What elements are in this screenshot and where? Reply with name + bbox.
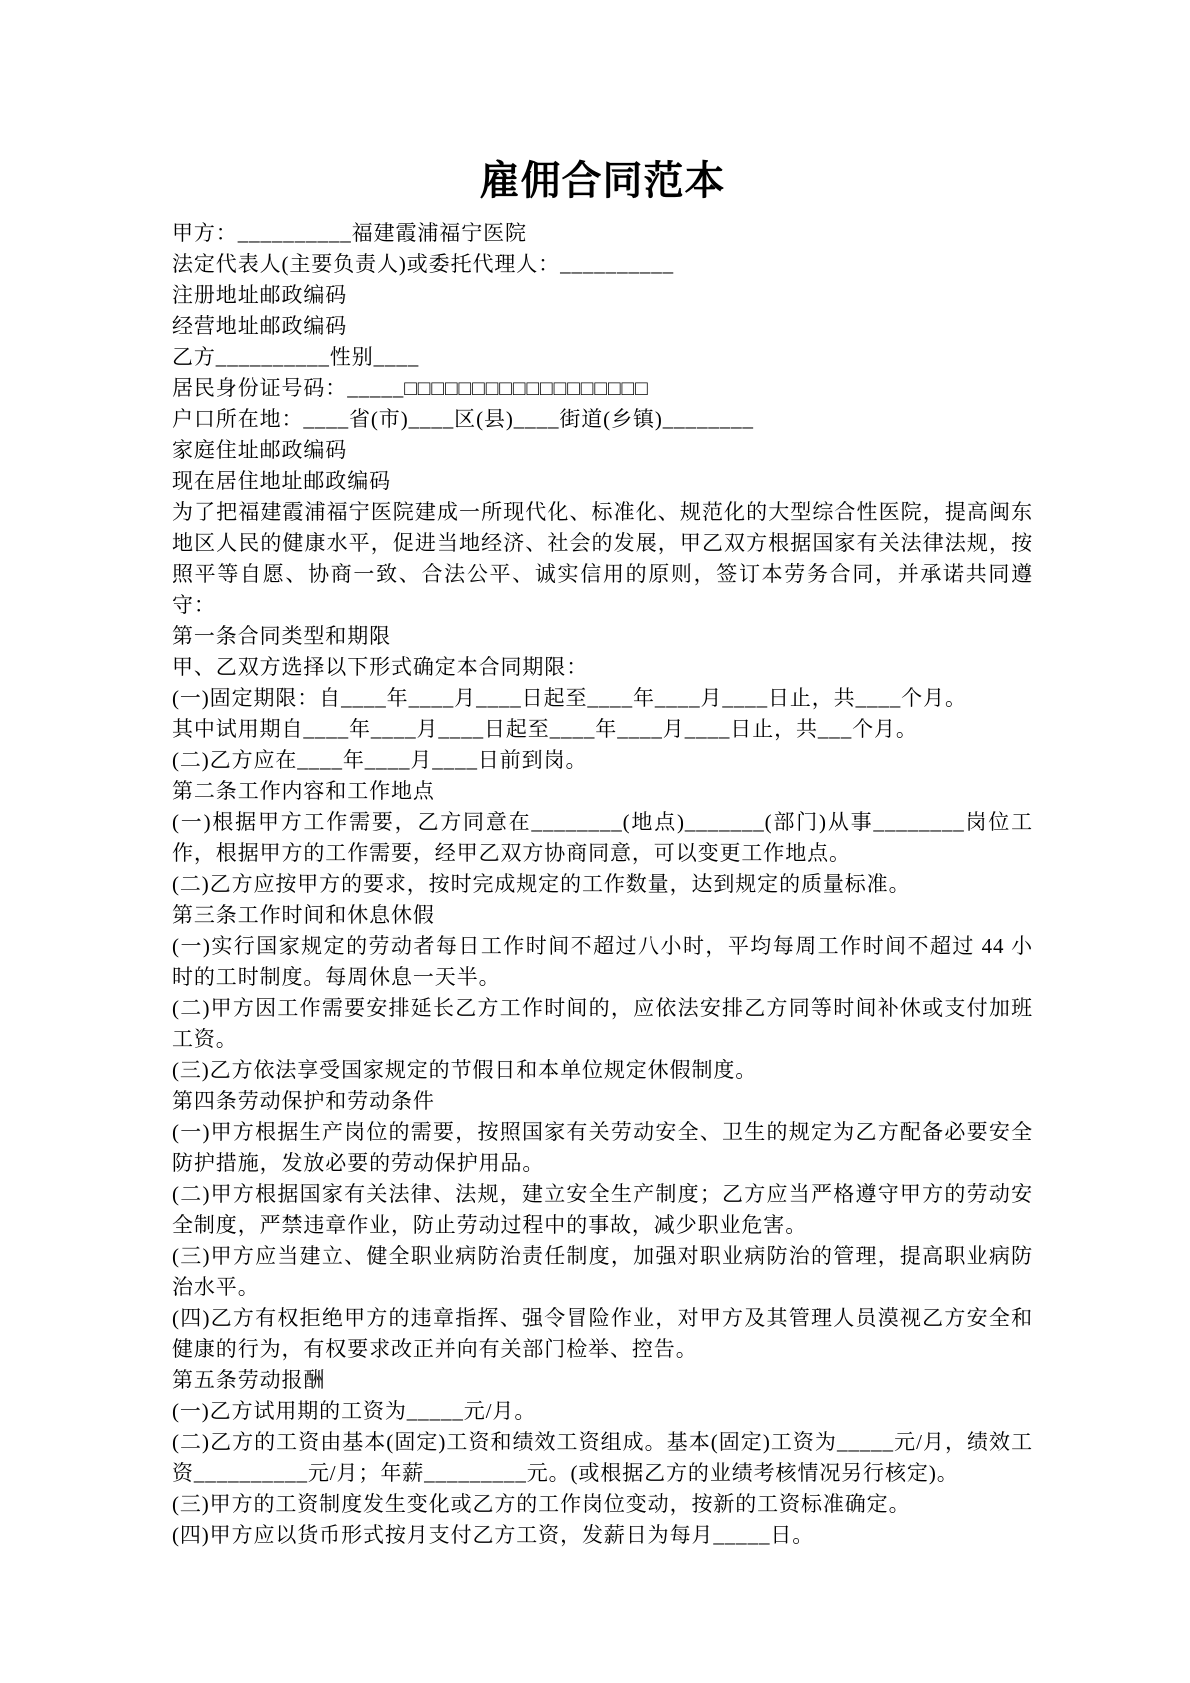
contract-line: 注册地址邮政编码 [172, 280, 1033, 311]
contract-line: (二)甲方根据国家有关法律、法规，建立安全生产制度；乙方应当严格遵守甲方的劳动安… [172, 1179, 1033, 1241]
contract-line: (一)实行国家规定的劳动者每日工作时间不超过八小时，平均每周工作时间不超过 44… [172, 931, 1033, 993]
contract-line: (一)根据甲方工作需要，乙方同意在________(地点)_______(部门)… [172, 807, 1033, 869]
contract-line: 户口所在地：____省(市)____区(县)____街道(乡镇)________ [172, 404, 1033, 435]
contract-line: (一)乙方试用期的工资为_____元/月。 [172, 1396, 1033, 1427]
contract-line: 第五条劳动报酬 [172, 1365, 1033, 1396]
contract-line: (三)甲方应当建立、健全职业病防治责任制度，加强对职业病防治的管理，提高职业病防… [172, 1241, 1033, 1303]
contract-line: 第一条合同类型和期限 [172, 621, 1033, 652]
contract-line: (一)固定期限：自____年____月____日起至____年____月____… [172, 683, 1033, 714]
page-title: 雇佣合同范本 [172, 156, 1033, 206]
contract-body: 甲方：__________福建霞浦福宁医院法定代表人(主要负责人)或委托代理人：… [172, 218, 1033, 1551]
contract-line: (二)乙方的工资由基本(固定)工资和绩效工资组成。基本(固定)工资为_____元… [172, 1427, 1033, 1489]
contract-line: 第三条工作时间和休息休假 [172, 900, 1033, 931]
contract-line: 乙方__________性别____ [172, 342, 1033, 373]
contract-line: 甲方：__________福建霞浦福宁医院 [172, 218, 1033, 249]
contract-line: 经营地址邮政编码 [172, 311, 1033, 342]
contract-line: 甲、乙双方选择以下形式确定本合同期限： [172, 652, 1033, 683]
contract-line: (三)乙方依法享受国家规定的节假日和本单位规定休假制度。 [172, 1055, 1033, 1086]
contract-line: 现在居住地址邮政编码 [172, 466, 1033, 497]
contract-line: 法定代表人(主要负责人)或委托代理人：__________ [172, 249, 1033, 280]
contract-line: 居民身份证号码：_____□□□□□□□□□□□□□□□□□□ [172, 373, 1033, 404]
contract-line: 家庭住址邮政编码 [172, 435, 1033, 466]
contract-line: (二)乙方应按甲方的要求，按时完成规定的工作数量，达到规定的质量标准。 [172, 869, 1033, 900]
contract-line: (一)甲方根据生产岗位的需要，按照国家有关劳动安全、卫生的规定为乙方配备必要安全… [172, 1117, 1033, 1179]
contract-line: (四)乙方有权拒绝甲方的违章指挥、强令冒险作业，对甲方及其管理人员漠视乙方安全和… [172, 1303, 1033, 1365]
contract-line: (三)甲方的工资制度发生变化或乙方的工作岗位变动，按新的工资标准确定。 [172, 1489, 1033, 1520]
contract-line: 第二条工作内容和工作地点 [172, 776, 1033, 807]
contract-line: 其中试用期自____年____月____日起至____年____月____日止，… [172, 714, 1033, 745]
contract-line: (二)乙方应在____年____月____日前到岗。 [172, 745, 1033, 776]
contract-line: 为了把福建霞浦福宁医院建成一所现代化、标准化、规范化的大型综合性医院，提高闽东地… [172, 497, 1033, 621]
contract-line: 第四条劳动保护和劳动条件 [172, 1086, 1033, 1117]
contract-page: 雇佣合同范本 甲方：__________福建霞浦福宁医院法定代表人(主要负责人)… [0, 0, 1190, 1683]
contract-line: (二)甲方因工作需要安排延长乙方工作时间的，应依法安排乙方同等时间补休或支付加班… [172, 993, 1033, 1055]
contract-line: (四)甲方应以货币形式按月支付乙方工资，发薪日为每月_____日。 [172, 1520, 1033, 1551]
